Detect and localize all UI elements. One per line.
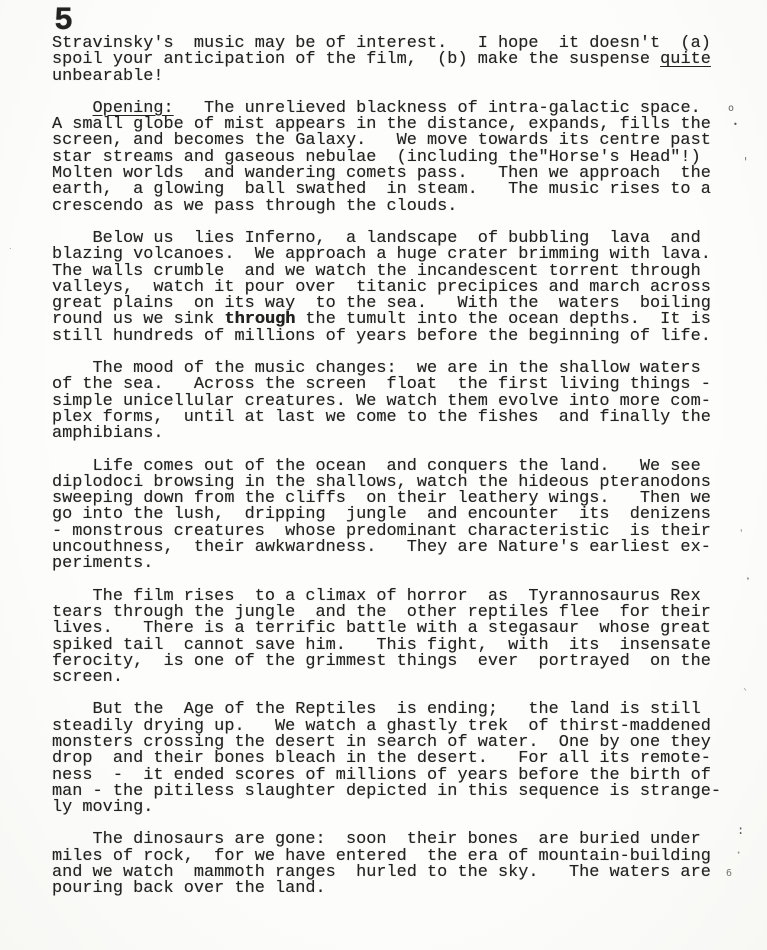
paper-speck: : [737, 824, 744, 836]
typewritten-page: 5 Stravinsky's music may be of interest.… [0, 0, 767, 950]
paper-speck: ' [742, 156, 749, 168]
paragraph: Below us lies Inferno, a landscape of bu… [52, 231, 727, 345]
text-line: still hundreds of millions of years befo… [52, 329, 727, 345]
text-line: pouring back over the land. [52, 881, 727, 897]
document-body: Stravinsky's music may be of interest. I… [52, 36, 727, 898]
text-segment: periments. [52, 554, 153, 573]
paper-speck: ` [742, 688, 749, 700]
underlined-text: quite [660, 50, 711, 69]
paper-speck: ' [738, 528, 745, 539]
text-line: crescendo as we pass through the clouds. [52, 199, 727, 215]
paragraph: But the Age of the Reptiles is ending; t… [52, 702, 727, 816]
page-number: 5 [52, 6, 727, 36]
text-line: amphibians. [52, 426, 727, 442]
text-segment: amphibians. [52, 424, 164, 443]
paper-speck: • [733, 121, 738, 129]
text-segment: crescendo as we pass through the clouds. [52, 197, 457, 216]
text-line: ferocity, is one of the grimmest things … [52, 654, 727, 670]
paragraph: The dinosaurs are gone: soon their bones… [52, 832, 727, 897]
text-segment: unbearable! [52, 67, 164, 86]
text-segment: screen. [52, 668, 123, 687]
text-line: screen. [52, 670, 727, 686]
text-segment: ferocity, is one of the grimmest things … [52, 652, 711, 671]
paragraph: The mood of the music changes: we are in… [52, 361, 727, 442]
paper-speck: 6 [726, 869, 732, 879]
text-line: ly moving. [52, 800, 727, 816]
paper-speck: · [735, 847, 742, 859]
text-segment: pouring back over the land. [52, 879, 326, 898]
paper-speck: ˙ [7, 247, 14, 258]
paragraph: Stravinsky's music may be of interest. I… [52, 36, 727, 85]
paper-speck: · [744, 573, 752, 586]
text-segment: still hundreds of millions of years befo… [52, 327, 711, 346]
paragraph: Opening: The unrelieved blackness of int… [52, 101, 727, 215]
text-line: unbearable! [52, 69, 727, 85]
paper-speck: o [728, 104, 734, 114]
text-segment: ly moving. [52, 798, 153, 817]
text-line: periments. [52, 556, 727, 572]
paragraph: Life comes out of the ocean and conquers… [52, 459, 727, 573]
paragraph: The film rises to a climax of horror as … [52, 589, 727, 687]
